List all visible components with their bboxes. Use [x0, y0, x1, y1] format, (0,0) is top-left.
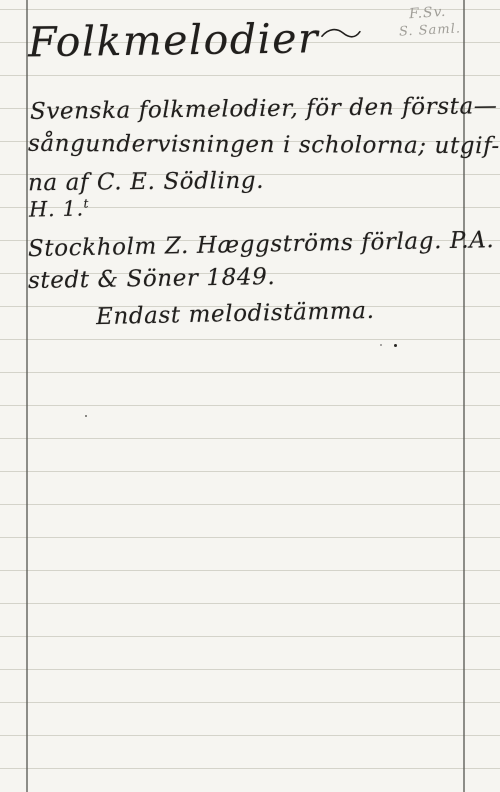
pencil-shelfmark-line2: S. Saml.	[399, 21, 462, 39]
heft-number: H. 1.	[29, 196, 84, 221]
left-margin-rule	[26, 0, 28, 792]
page-title: Folkmelodier	[28, 14, 362, 67]
ink-speck	[85, 415, 87, 417]
ink-speck	[380, 344, 382, 346]
imprint-line-2: stedt & Söner 1849.	[28, 264, 276, 294]
body-line-1: Svenska folkmelodier, för den första—	[30, 93, 498, 125]
heft-superscript: t	[83, 196, 89, 210]
ink-speck	[394, 344, 397, 347]
manuscript-page: F.Sv. S. Saml. Folkmelodier Svenska folk…	[0, 0, 500, 792]
page-title-text: Folkmelodier	[28, 14, 320, 66]
title-flourish	[321, 26, 361, 41]
note-line: Endast melodistämma.	[96, 298, 375, 330]
heft-line: H. 1.t	[29, 196, 90, 221]
pencil-shelfmark-line1: F.Sv.	[408, 4, 446, 23]
body-line-2: sångundervisningen i scholorna; utgif-	[28, 131, 500, 159]
body-line-3: na af C. E. Södling.	[28, 168, 264, 196]
imprint-line-1: Stockholm Z. Hæggströms förlag. P.A. Nor…	[28, 226, 500, 262]
